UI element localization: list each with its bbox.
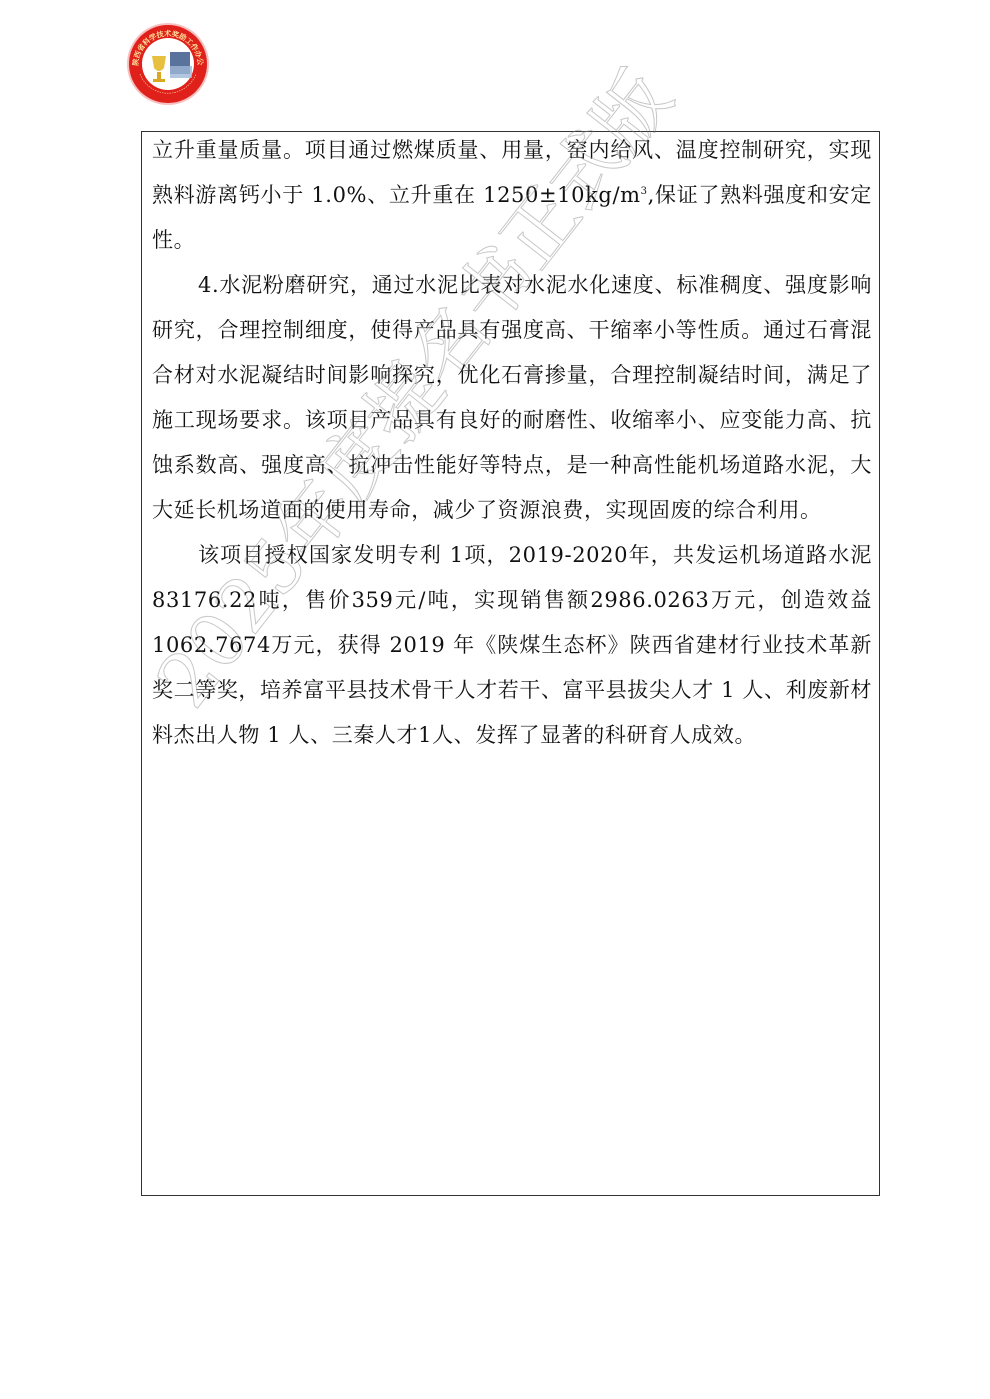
paragraph-achievements: 该项目授权国家发明专利 1项，2019-2020年，共发运机场道路水泥83176… [152, 533, 872, 758]
paragraph-clinker-quality: 立升重量质量。项目通过燃煤质量、用量，窑内给风、温度控制研究，实现熟料游离钙小于… [152, 128, 872, 263]
seal-logo-icon: 陕西省科学技术奖励工作办公室 [126, 22, 210, 106]
paragraph-cement-grinding: 4.水泥粉磨研究，通过水泥比表对水泥水化速度、标准稠度、强度影响研究，合理控制细… [152, 263, 872, 533]
superscript-cubic: 3 [641, 186, 648, 197]
document-body: 立升重量质量。项目通过燃煤质量、用量，窑内给风、温度控制研究，实现熟料游离钙小于… [152, 128, 872, 758]
